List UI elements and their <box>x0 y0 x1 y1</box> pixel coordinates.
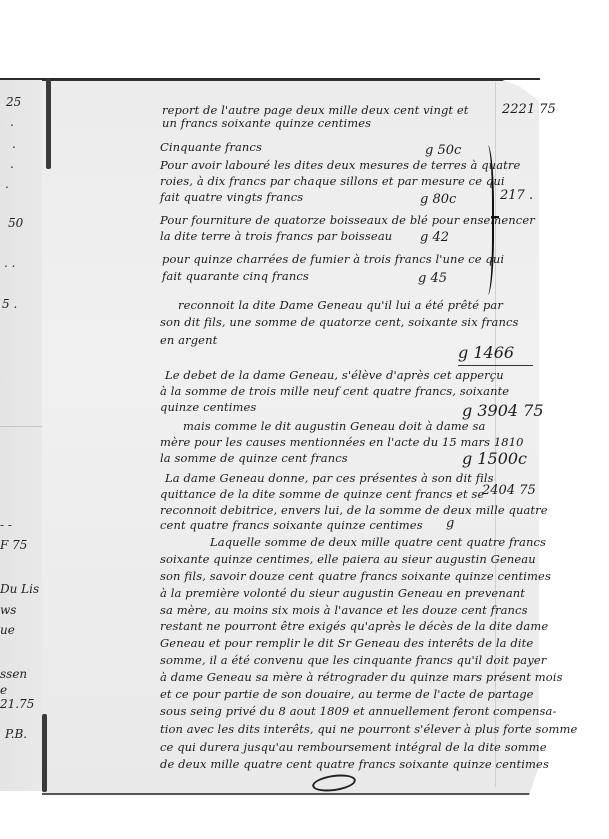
margin-note: 5 . <box>2 297 17 311</box>
text-line: ce qui durera jusqu'au remboursement int… <box>160 740 547 754</box>
text-line: somme, il a été convenu que les cinquant… <box>160 653 546 667</box>
brace-point <box>491 216 499 218</box>
text-line: un francs soixante quinze centimes <box>162 116 371 130</box>
binding-thread-top <box>46 79 51 169</box>
page-top-edge <box>0 78 540 80</box>
margin-note: 21.75 <box>0 697 34 711</box>
margin-note: 25 <box>6 95 21 109</box>
amount: g 50c <box>425 143 461 158</box>
brace-subtotal: 217 . <box>500 188 533 203</box>
amount: g 45 <box>418 271 447 286</box>
amount: g 80c <box>420 192 456 207</box>
text-line: son dit fils, une somme de quatorze cent… <box>160 315 519 329</box>
text-line: Pour avoir labouré les dites deux mesure… <box>160 158 520 172</box>
amount: g 1500c <box>462 449 527 468</box>
margin-note: e <box>0 683 7 697</box>
text-line: quinze centimes <box>160 400 256 414</box>
amount-balance: 2404 75 <box>482 483 536 498</box>
margin-note: P.B. <box>5 727 27 741</box>
amount-carried-forward: 2221 75 <box>502 102 556 117</box>
margin-note: F 75 <box>0 538 27 552</box>
text-line: mère pour les causes mentionnées en l'ac… <box>160 435 524 449</box>
text-line: Geneau et pour remplir le dit Sr Geneau … <box>160 636 533 650</box>
margin-note: Du Lis <box>0 582 39 596</box>
text-line: Cinquante francs <box>160 140 262 154</box>
text-line: La dame Geneau donne, par ces présentes … <box>165 471 494 485</box>
text-line: report de l'autre page deux mille deux c… <box>162 103 469 117</box>
text-line: fait quarante cinq francs <box>162 269 309 283</box>
total-rule <box>458 365 533 366</box>
margin-note: 50 <box>8 216 23 230</box>
text-line: fait quatre vingts francs <box>160 190 303 204</box>
text-line: à la somme de trois mille neuf cent quat… <box>160 384 509 398</box>
amount-debit-total: g 3904 75 <box>462 401 544 420</box>
text-line: à la première volonté du sieur augustin … <box>160 586 525 600</box>
brace-bracket <box>478 145 494 295</box>
amount: g 1466 <box>458 343 514 362</box>
text-line: reconnoit la dite Dame Geneau qu'il lui … <box>178 298 503 312</box>
text-line: à dame Geneau sa mère à rétrograder du q… <box>160 670 563 684</box>
text-line: sa mère, au moins six mois à l'avance et… <box>160 603 528 617</box>
binding-thread-bottom <box>42 714 47 792</box>
margin-note: - - <box>0 518 12 532</box>
amount: g 42 <box>420 230 449 245</box>
margin-note: . <box>10 157 14 171</box>
margin-note: . <box>10 115 14 129</box>
margin-note: ssen <box>0 667 27 681</box>
text-line: sous seing privé du 8 aout 1809 et annue… <box>160 704 556 718</box>
text-line: en argent <box>160 333 217 347</box>
text-line: mais comme le dit augustin Geneau doit à… <box>183 419 485 433</box>
text-line: restant ne pourront être exigés qu'après… <box>160 619 548 633</box>
text-line: la dite terre à trois francs par boissea… <box>160 229 392 243</box>
margin-note: . <box>12 137 16 151</box>
amount-prefix: g <box>446 516 454 531</box>
margin-note: . . <box>4 256 15 270</box>
margin-note: ue <box>0 623 15 637</box>
text-line: et ce pour partie de son douaire, au ter… <box>160 687 534 701</box>
text-line: tion avec les dits interêts, qui ne pour… <box>160 722 577 736</box>
text-line: reconnoit debitrice, envers lui, de la s… <box>160 503 548 517</box>
margin-note: ws <box>0 603 16 617</box>
text-line: soixante quinze centimes, elle paiera au… <box>160 552 536 566</box>
text-line: pour quinze charrées de fumier à trois f… <box>162 252 504 266</box>
text-line: de deux mille quatre cent quatre francs … <box>160 757 549 771</box>
text-line: quittance de la dite somme de quinze cen… <box>160 487 484 501</box>
text-line: cent quatre francs soixante quinze centi… <box>160 518 423 532</box>
text-line: Laquelle somme de deux mille quatre cent… <box>210 535 546 549</box>
margin-note: . <box>5 177 9 191</box>
text-line: roies, à dix francs par chaque sillons e… <box>160 174 505 188</box>
text-line: Le debet de la dame Geneau, s'élève d'ap… <box>165 368 504 382</box>
text-line: son fils, savoir douze cent quatre franc… <box>160 569 551 583</box>
text-line: la somme de quinze cent francs <box>160 451 348 465</box>
